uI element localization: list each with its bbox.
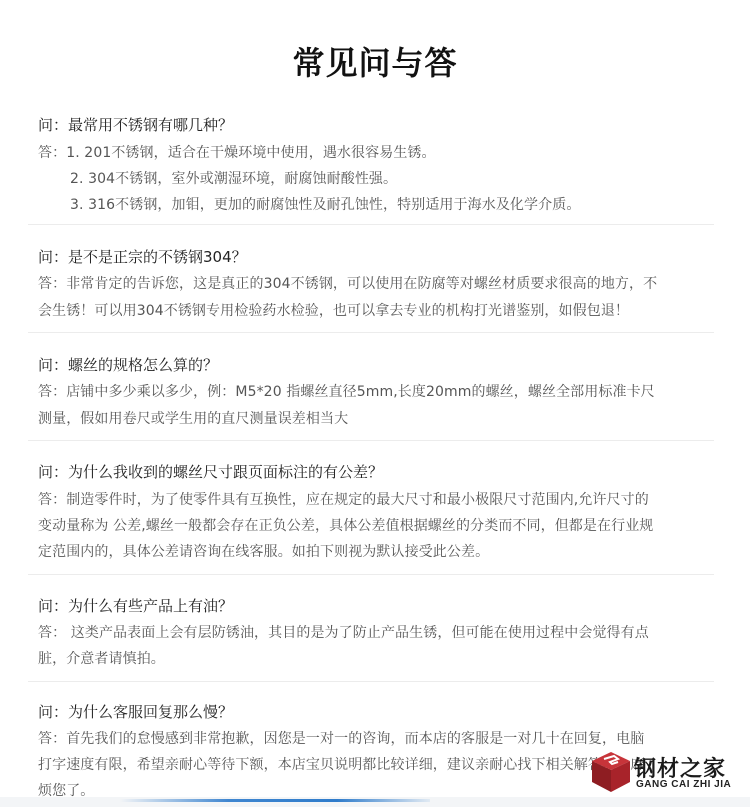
faq-answer-line: 定范围内的，具体公差请咨询在线客服。如拍下则视为默认接受此公差。 <box>38 541 489 561</box>
faq-item: 问：螺丝的规格怎么算的？ 答：店铺中多少乘以多少，例：M5*20 指螺丝直径5m… <box>28 333 714 441</box>
faq-question: 问：是不是正宗的不锈钢304？ <box>38 246 247 267</box>
watermark-name-en: GANG CAI ZHI JIA <box>636 779 731 790</box>
faq-answer-line: 答： 这类产品表面上会有层防锈油，其目的是为了防止产品生锈，但可能在使用过程中会… <box>38 622 649 642</box>
watermark-logo: 钢材之家 GANG CAI ZHI JIA <box>590 750 750 800</box>
faq-answer-line: 打字速度有限，希望亲耐心等待下额，本店宝贝说明都比较详细，建议亲耐心找下相关解答… <box>38 754 644 774</box>
faq-answer-line: 答：1. 201不锈钢，适合在干燥环境中使用，遇水很容易生锈。 <box>38 142 436 162</box>
faq-question: 问：为什么我收到的螺丝尺寸跟页面标注的有公差？ <box>38 461 383 482</box>
faq-answer-line: 变动量称为 公差,螺丝一般都会存在正负公差，具体公差值根据螺丝的分类而不同，但都… <box>38 515 653 535</box>
bottom-accent-line <box>120 799 430 802</box>
faq-answer-line: 答：首先我们的怠慢感到非常抱歉，因您是一对一的咨询，而本店的客服是一对几十在回复… <box>38 728 644 748</box>
faq-question: 问：最常用不锈钢有哪几种？ <box>38 114 233 135</box>
faq-question: 问：螺丝的规格怎么算的？ <box>38 354 218 375</box>
cube-logo-icon <box>590 750 632 794</box>
faq-answer-line: 3. 316不锈钢，加钼，更加的耐腐蚀性及耐孔蚀性，特别适用于海水及化学介质。 <box>70 194 580 214</box>
faq-question: 问：为什么有些产品上有油？ <box>38 595 233 616</box>
faq-answer-line: 答：店铺中多少乘以多少，例：M5*20 指螺丝直径5mm,长度20mm的螺丝，螺… <box>38 381 655 401</box>
faq-item: 问：为什么有些产品上有油？ 答： 这类产品表面上会有层防锈油，其目的是为了防止产… <box>28 575 714 682</box>
faq-answer-line: 答：制造零件时，为了使零件具有互换性，应在规定的最大尺寸和最小极限尺寸范围内,允… <box>38 489 649 509</box>
faq-item: 问：为什么我收到的螺丝尺寸跟页面标注的有公差？ 答：制造零件时，为了使零件具有互… <box>28 441 714 575</box>
faq-answer-line: 测量，假如用卷尺或学生用的直尺测量误差相当大 <box>38 408 348 428</box>
faq-answer-line: 脏，介意者请慎拍。 <box>38 648 165 668</box>
faq-answer-line: 会生锈！可以用304不锈钢专用检验药水检验，也可以拿去专业的机构打光谱鉴别，如假… <box>38 300 629 320</box>
faq-item: 问：是不是正宗的不锈钢304？ 答：非常肯定的告诉您，这是真正的304不锈钢，可… <box>28 225 714 333</box>
faq-question: 问：为什么客服回复那么慢？ <box>38 701 233 722</box>
faq-item: 问：最常用不锈钢有哪几种？ 答：1. 201不锈钢，适合在干燥环境中使用，遇水很… <box>28 108 714 225</box>
faq-answer-line: 答：非常肯定的告诉您，这是真正的304不锈钢，可以使用在防腐等对螺丝材质要求很高… <box>38 273 657 293</box>
page-title: 常见问与答 <box>0 38 750 84</box>
faq-answer-line: 2. 304不锈钢，室外或潮湿环境，耐腐蚀耐酸性强。 <box>70 168 397 188</box>
